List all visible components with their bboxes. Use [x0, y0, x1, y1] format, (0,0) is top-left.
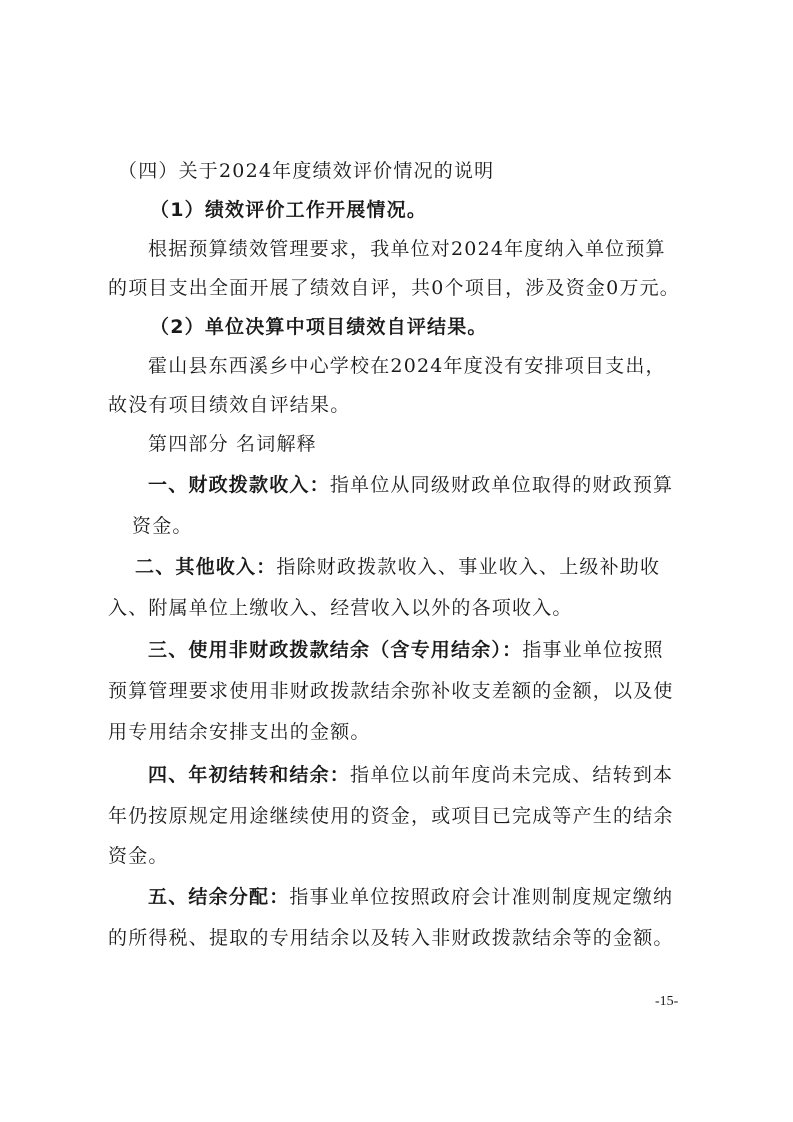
term-definition-2: 二、其他收入：指除财政拨款收入、事业收入、上级补助收: [135, 554, 720, 580]
paragraph-line: 根据预算绩效管理要求，我单位对2024年度纳入单位预算: [148, 236, 733, 262]
term-definition-1: 一、财政拨款收入：指单位从同级财政单位取得的财政预算: [148, 472, 733, 498]
paragraph-line: 故没有项目绩效自评结果。: [108, 392, 693, 418]
page-number: -15-: [655, 994, 678, 1010]
term-label: 四、年初结转和结余：: [148, 764, 350, 786]
paragraph-line: 预算管理要求使用非财政拨款结余弥补收支差额的金额，以及使: [108, 678, 693, 704]
paragraph-line: 年仍按原规定用途继续使用的资金，或项目已完成等产生的结余: [108, 803, 693, 829]
paragraph-line: 资金。: [132, 513, 717, 539]
term-text: 指事业单位按照政府会计准则制度规定缴纳: [289, 886, 673, 908]
term-text: 指单位以前年度尚未完成、结转到本: [350, 764, 673, 786]
term-text: 指除财政拨款收入、事业收入、上级补助收: [276, 556, 660, 578]
term-text: 指单位从同级财政单位取得的财政预算: [330, 474, 673, 496]
term-label: 二、其他收入：: [135, 556, 276, 578]
section-heading: （四）关于2024年度绩效评价情况的说明: [118, 158, 703, 184]
subsection-heading-2: （2）单位决算中项目绩效自评结果。: [150, 314, 735, 340]
paragraph-line: 的项目支出全面开展了绩效自评，共0个项目，涉及资金0万元。: [108, 275, 693, 301]
part-heading: 第四部分 名词解释: [148, 431, 733, 457]
term-definition-5: 五、结余分配：指事业单位按照政府会计准则制度规定缴纳: [148, 884, 733, 910]
term-text: 指事业单位按照: [522, 639, 663, 661]
paragraph-line: 资金。: [108, 843, 693, 869]
subsection-heading-1: （1）绩效评价工作开展情况。: [150, 197, 735, 223]
paragraph-line: 用专用结余安排支出的金额。: [108, 719, 693, 745]
term-definition-3: 三、使用非财政拨款结余（含专用结余）：指事业单位按照: [148, 637, 733, 663]
paragraph-line: 霍山县东西溪乡中心学校在2024年度没有安排项目支出，: [148, 353, 733, 379]
term-definition-4: 四、年初结转和结余：指单位以前年度尚未完成、结转到本: [148, 762, 733, 788]
term-label: 三、使用非财政拨款结余（含专用结余）：: [148, 639, 522, 661]
term-label: 五、结余分配：: [148, 886, 289, 908]
paragraph-line: 的所得税、提取的专用结余以及转入非财政拨款结余等的金额。: [108, 925, 693, 951]
term-label: 一、财政拨款收入：: [148, 474, 330, 496]
paragraph-line: 入、附属单位上缴收入、经营收入以外的各项收入。: [108, 595, 693, 621]
